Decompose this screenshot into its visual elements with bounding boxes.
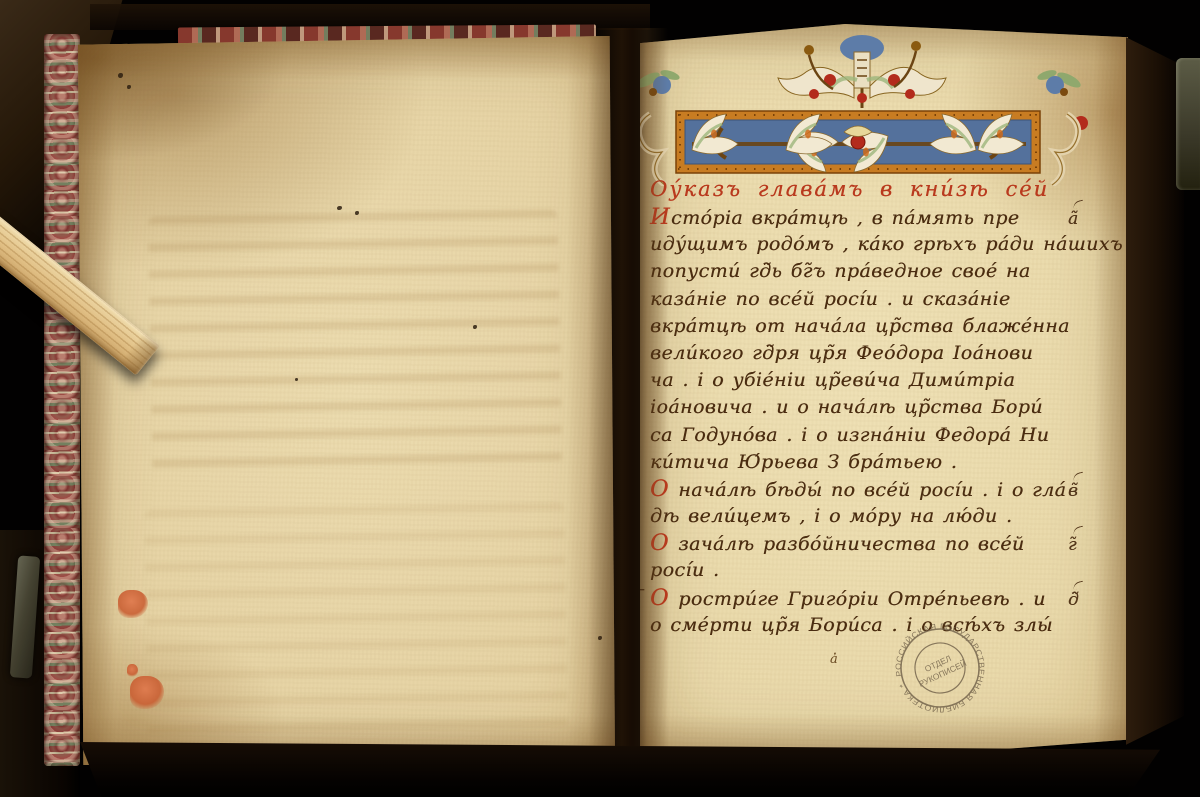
- line-text: попусти́ гд̃ь бг̃ъ пра́ведное свое́ на: [650, 260, 1031, 282]
- marbled-endpaper-left: [44, 34, 80, 766]
- rubric-initial: О: [650, 530, 669, 556]
- line-text: о сме́рти цр̃я Бори́са . і о всѣ́хъ злы́: [650, 614, 1053, 636]
- manuscript-photo: Оу́казъ глава́мъ в кни́зѣ се́й Исто́ріа …: [0, 0, 1200, 797]
- manuscript-line: вкра́тцѣ от нача́ла цр̃ства блаже́нна: [650, 313, 1070, 340]
- manuscript-line: іоа́новича . и о нача́лѣ цр̃ства Бори́: [650, 394, 1070, 421]
- numeral-label: а̃: [1068, 209, 1078, 229]
- line-text: нача́лѣ бѣды́ по все́й росі́и . і о гла́: [670, 479, 1066, 501]
- manuscript-line: росі́и .: [650, 557, 1070, 584]
- manuscript-line: о сме́рти цр̃я Бори́са . і о всѣ́хъ злы́: [650, 612, 1070, 639]
- margin-flourish: [1072, 581, 1084, 590]
- corner-flourish-left: [629, 68, 681, 185]
- line-text: дѣ вели́цемъ , і о мо́ру на лю́ди .: [650, 505, 1012, 527]
- manuscript-line: иду́щимъ родо́мъ , ка́ко грѣхъ ра́ди на́…: [650, 231, 1070, 258]
- corner-flourish-right: [1036, 68, 1088, 185]
- book-bottom-edge: [80, 742, 1160, 797]
- left-page: [78, 36, 615, 765]
- margin-flourish: [1072, 200, 1084, 209]
- ink-speck: [118, 73, 123, 78]
- chapter-number-3: г̃: [1068, 528, 1079, 554]
- manuscript-line: попусти́ гд̃ь бг̃ъ пра́ведное свое́ на: [650, 258, 1070, 285]
- line-text: са Годуно́ва . і о изгна́ніи Федора́ Ни: [650, 424, 1049, 446]
- rubric-initial: О: [650, 585, 669, 611]
- numeral-label: в̃: [1068, 481, 1078, 501]
- numeral-label: д̃: [1068, 590, 1079, 610]
- library-stamp: РОССИЙСКАЯ ГОСУДАРСТВЕННАЯ БИБЛИОТЕКА * …: [890, 620, 990, 716]
- margin-flourish: [1072, 472, 1084, 481]
- red-paint-spot: [127, 664, 138, 677]
- chapter-index-title: Оу́казъ глава́мъ в кни́зѣ се́й: [650, 174, 1070, 204]
- line-text: вели́кого гд̃ря цр̃я Фео́дора Іоа́нови: [650, 342, 1033, 364]
- headpiece-band: [676, 111, 1040, 173]
- manuscript-line: ки́тича Ю́рьева З бра́тьею .: [650, 449, 1070, 476]
- ink-speck: [127, 85, 131, 89]
- margin-flourish: [1072, 526, 1084, 535]
- manuscript-line: О нача́лѣ бѣды́ по все́й росі́и . і о гл…: [650, 476, 1070, 503]
- manuscript-line: каза́ніе по все́й росі́и . и сказа́ніе: [650, 286, 1070, 313]
- chapter-number-2: в̃: [1068, 474, 1079, 500]
- line-text: каза́ніе по все́й росі́и . и сказа́ніе: [650, 288, 1011, 310]
- book-clasp-right: [1176, 58, 1200, 190]
- rubric-initial: О: [650, 476, 669, 502]
- manuscript-line: О ростри́ге Григо́ріи Отре́пьевѣ . и: [650, 585, 1070, 612]
- right-page: Оу́казъ глава́мъ в кни́зѣ се́й Исто́ріа …: [640, 24, 1128, 758]
- line-text: сто́ріа вкра́тцѣ , в па́мять пре: [671, 207, 1019, 229]
- line-text: іоа́новича . и о нача́лѣ цр̃ства Бори́: [650, 396, 1043, 418]
- line-text: вкра́тцѣ от нача́ла цр̃ства блаже́нна: [650, 315, 1070, 337]
- line-text: ки́тича Ю́рьева З бра́тьею .: [650, 451, 957, 473]
- manuscript-line: дѣ вели́цемъ , і о мо́ру на лю́ди .: [650, 503, 1070, 530]
- line-text: иду́щимъ родо́мъ , ка́ко грѣхъ ра́ди на́…: [650, 233, 1123, 255]
- manuscript-text-block: Оу́казъ глава́мъ в кни́зѣ се́й Исто́ріа …: [650, 174, 1070, 639]
- manuscript-line: са Годуно́ва . і о изгна́ніи Федора́ Ни: [650, 422, 1070, 449]
- line-text: зача́лѣ разбо́йничества по все́й: [670, 533, 1025, 555]
- ink-bleedthrough-upper: [148, 209, 562, 471]
- chapter-number-4: д̃: [1068, 583, 1079, 609]
- manuscript-line: О зача́лѣ разбо́йничества по все́й: [650, 530, 1070, 557]
- ink-speck: [337, 206, 342, 210]
- manuscript-line: Исто́ріа вкра́тцѣ , в па́мять пре: [650, 204, 1070, 231]
- svg-text:РОССИЙСКАЯ ГОСУДАРСТВЕННАЯ БИБ: РОССИЙСКАЯ ГОСУДАРСТВЕННАЯ БИБЛИОТЕКА *: [890, 620, 990, 716]
- chapter-number-1: а̃: [1068, 202, 1079, 228]
- line-text: росі́и .: [650, 559, 719, 581]
- manuscript-line: ча . і о убіе́ніи цр̃еви́ча Дими́тріа: [650, 367, 1070, 394]
- stamp-ring-text: РОССИЙСКАЯ ГОСУДАРСТВЕННАЯ БИБЛИОТЕКА *: [890, 620, 990, 716]
- manuscript-line: вели́кого гд̃ря цр̃я Фео́дора Іоа́нови: [650, 340, 1070, 367]
- rubric-initial: И: [650, 204, 670, 230]
- quire-signature: а̓: [830, 652, 838, 667]
- numeral-label: г̃: [1068, 535, 1077, 555]
- line-text: ростри́ге Григо́ріи Отре́пьевѣ . и: [670, 588, 1046, 610]
- crest-finial: [778, 35, 946, 108]
- ink-bleedthrough-lower: [144, 502, 568, 739]
- headpiece-ornament: [626, 28, 1091, 186]
- red-paint-spot: [118, 590, 148, 618]
- ink-speck: [598, 636, 602, 640]
- line-text: ча . і о убіе́ніи цр̃еви́ча Дими́тріа: [650, 369, 1015, 391]
